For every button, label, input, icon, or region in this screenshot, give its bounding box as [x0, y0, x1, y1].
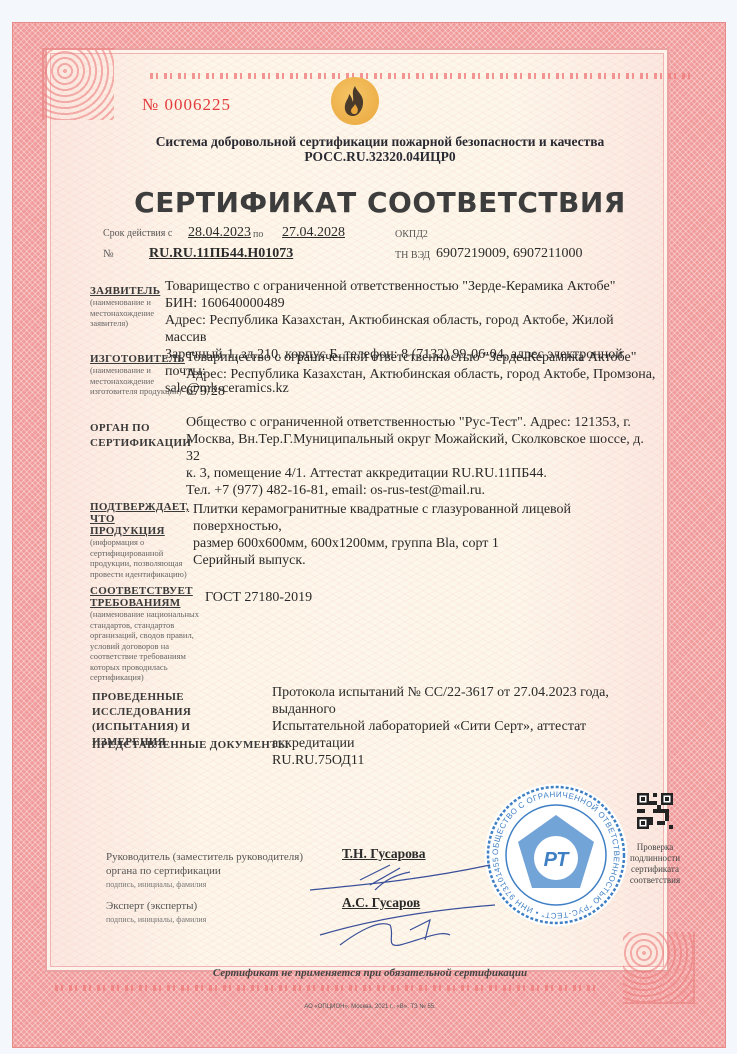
tests-line: Протокола испытаний № СС/22-3617 от 27.0… [272, 684, 647, 718]
requirements-standard: ГОСТ 27180-2019 [205, 589, 312, 606]
certificate-serial-number: № 0006225 [142, 95, 231, 115]
cert-body-line: Общество с ограниченной ответственностью… [186, 414, 651, 431]
applicant-hint: (наименование и местонахождение заявител… [90, 297, 170, 329]
manufacturer-details: Товарищество с ограниченной ответственно… [186, 349, 656, 400]
product-label-block: ПОДТВЕРЖДАЕТ, ЧТО ПРОДУКЦИЯ (информация … [90, 501, 190, 579]
cert-body-details: Общество с ограниченной ответственностью… [186, 414, 651, 499]
requirements-label: ТРЕБОВАНИЯМ [90, 597, 200, 609]
printer-imprint: АО «ОПЦИОН», Москва, 2021 г., «В». ТЗ № … [100, 1004, 640, 1010]
head-signature-role: Руководитель (заместитель руководителя) … [106, 850, 303, 892]
manufacturer-address: Адрес: Республика Казахстан, Актюбинская… [186, 366, 656, 400]
expert-hint: подпись, инициалы, фамилия [106, 913, 206, 927]
applicant-label-block: ЗАЯВИТЕЛЬ (наименование и местонахождени… [90, 285, 170, 329]
applicant-label: ЗАЯВИТЕЛЬ [90, 285, 170, 297]
okpd-label: ОКПД2 [395, 229, 428, 240]
product-line: Плитки керамогранитные квадратные с глаз… [193, 501, 643, 535]
manufacturer-label-block: ИЗГОТОВИТЕЛЬ (наименование и местонахожд… [90, 353, 185, 397]
cert-body-contacts: Тел. +7 (977) 482-16-81, email: os-rus-t… [186, 482, 651, 499]
qr-caption-line: сертификата [625, 864, 685, 875]
footer-note: Сертификат не применяется при обязательн… [100, 967, 640, 979]
flame-icon [331, 77, 379, 125]
requirements-label-block: СООТВЕТСТВУЕТ ТРЕБОВАНИЯМ (наименование … [90, 585, 200, 683]
expert-signature-role: Эксперт (эксперты) подпись, инициалы, фа… [106, 899, 206, 927]
manufacturer-hint: (наименование и местонахождение изготови… [90, 365, 185, 397]
ornament-chain-bottom [55, 985, 600, 991]
cert-body-label: СЕРТИФИКАЦИИ [90, 436, 185, 451]
product-hint: (информация о сертифицированной продукци… [90, 537, 190, 579]
tests-details: Протокола испытаний № СС/22-3617 от 27.0… [272, 684, 647, 769]
qr-caption: Проверка подлинности сертификата соответ… [625, 842, 685, 886]
validity-to-label: по [253, 229, 263, 240]
applicant-address-line: Адрес: Республика Казахстан, Актюбинская… [165, 312, 645, 346]
ornament-chain-top [150, 73, 695, 79]
number-label: № [103, 248, 114, 260]
applicant-bin: БИН: 160640000489 [165, 295, 645, 312]
requirements-hint: (наименование национальных стандартов, с… [90, 609, 200, 683]
valid-from-date: 28.04.2023 [188, 225, 251, 241]
product-line: Серийный выпуск. [193, 552, 643, 569]
tests-line: Испытательной лабораторией «Сити Серт», … [272, 718, 647, 752]
cert-body-label-block: ОРГАН ПО СЕРТИФИКАЦИИ [90, 421, 185, 451]
tests-line: RU.RU.75ОД11 [272, 752, 647, 769]
head-role: Руководитель (заместитель руководителя) [106, 850, 303, 864]
manufacturer-name: Товарищество с ограниченной ответственно… [186, 349, 656, 366]
page-title: СЕРТИФИКАТ СООТВЕТСТВИЯ [100, 186, 660, 219]
manufacturer-label: ИЗГОТОВИТЕЛЬ [90, 353, 185, 365]
qr-caption-line: подлинности [625, 853, 685, 864]
certificate-registration-number: RU.RU.11ПБ44.Н01073 [149, 246, 293, 262]
product-details: Плитки керамогранитные квадратные с глаз… [193, 501, 643, 569]
cert-body-line: Москва, Вн.Тер.Г.Муниципальный округ Мож… [186, 431, 651, 465]
head-role: органа по сертификации [106, 864, 303, 878]
product-label: ПОДТВЕРЖДАЕТ, [90, 501, 190, 513]
ornament-top-left [42, 48, 114, 120]
system-registration: РОСС.RU.32320.04ИЦР0 [100, 149, 660, 164]
certification-system-title: Система добровольной сертификации пожарн… [100, 134, 660, 164]
product-line: размер 600х600мм, 600х1200мм, группа Bla… [193, 535, 643, 552]
documents-label: ПРЕДСТАВЛЕННЫЕ ДОКУМЕНТЫ [92, 739, 289, 751]
tests-label: ПРОВЕДЕННЫЕ ИССЛЕДОВАНИЯ [92, 690, 262, 720]
head-hint: подпись, инициалы, фамилия [106, 878, 303, 892]
tnved-label: ТН ВЭД [395, 250, 430, 261]
applicant-name: Товарищество с ограниченной ответственно… [165, 278, 645, 295]
qr-caption-line: соответствия [625, 875, 685, 886]
expert-role: Эксперт (эксперты) [106, 899, 206, 913]
cert-body-label: ОРГАН ПО [90, 421, 185, 436]
handwritten-signatures [300, 860, 500, 960]
validity-label: Срок действия с [103, 228, 172, 239]
valid-to-date: 27.04.2028 [282, 225, 345, 241]
system-name: Система добровольной сертификации пожарн… [100, 134, 660, 149]
product-label: ЧТО ПРОДУКЦИЯ [90, 513, 190, 537]
qr-caption-line: Проверка [625, 842, 685, 853]
requirements-label: СООТВЕТСТВУЕТ [90, 585, 200, 597]
tnved-codes: 6907219009, 6907211000 [436, 246, 582, 262]
svg-text:РТ: РТ [544, 849, 571, 871]
qr-code-icon[interactable] [637, 793, 673, 829]
cert-body-line: к. 3, помещение 4/1. Аттестат аккредитац… [186, 465, 651, 482]
